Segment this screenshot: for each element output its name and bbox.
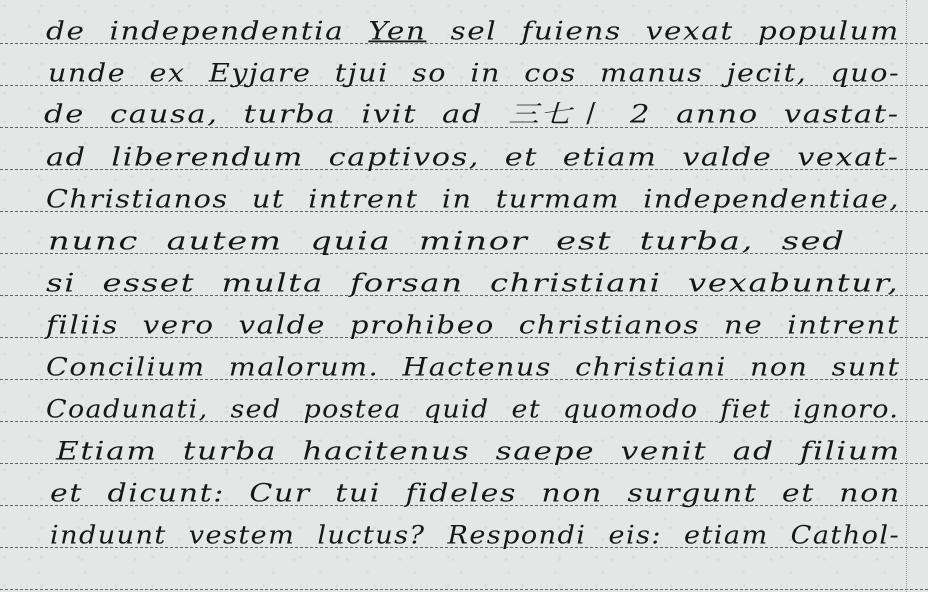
line-text: de independentia Yen sel fuiens vexat po… (46, 17, 900, 46)
line-text-segment: sel fuiens vexat populum (426, 17, 899, 46)
manuscript-line-1: de independentia Yen sel fuiens vexat po… (0, 8, 928, 50)
line-text: de causa, turba ivit ad 三七丨 2 anno vasta… (44, 94, 900, 130)
manuscript-page: de independentia Yen sel fuiens vexat po… (0, 0, 928, 592)
manuscript-line-8: filiis vero valde prohibeo christianos n… (0, 302, 928, 344)
line-text: ad liberendum captivos, et etiam valde v… (46, 143, 900, 172)
manuscript-line-11: Etiam turba hacitenus saepe venit ad fil… (0, 428, 928, 470)
ruled-line (0, 589, 928, 590)
line-text-segment: de independentia (46, 17, 368, 46)
line-text: unde ex Eyjare tjui so in cos manus jeci… (48, 59, 900, 88)
manuscript-line-14-blank (0, 554, 928, 592)
line-text: Concilium malorum. Hactenus christiani n… (46, 353, 900, 382)
manuscript-line-5: Christianos ut intrent in turmam indepen… (0, 176, 928, 218)
line-text: nunc autem quia minor est turba, sed (48, 227, 846, 256)
line-text: induunt vestem luctus? Respondi eis: eti… (50, 521, 900, 550)
manuscript-line-9: Concilium malorum. Hactenus christiani n… (0, 344, 928, 386)
manuscript-line-3: de causa, turba ivit ad 三七丨 2 anno vasta… (0, 92, 928, 134)
manuscript-line-4: ad liberendum captivos, et etiam valde v… (0, 134, 928, 176)
manuscript-line-10: Coadunati, sed postea quid et quomodo fi… (0, 386, 928, 428)
line-text: Christianos ut intrent in turmam indepen… (46, 185, 900, 214)
underlined-word: Yen (368, 17, 426, 46)
manuscript-line-7: si esset multa forsan christiani vexabun… (0, 260, 928, 302)
manuscript-line-12: et dicunt: Cur tui fideles non surgunt e… (0, 470, 928, 512)
line-text: Etiam turba hacitenus saepe venit ad fil… (56, 437, 901, 466)
manuscript-line-13: induunt vestem luctus? Respondi eis: eti… (0, 512, 928, 554)
line-text: et dicunt: Cur tui fideles non surgunt e… (50, 479, 901, 508)
line-text: filiis vero valde prohibeo christianos n… (46, 311, 900, 340)
line-text: Coadunati, sed postea quid et quomodo fi… (46, 395, 899, 424)
manuscript-line-2: unde ex Eyjare tjui so in cos manus jeci… (0, 50, 928, 92)
manuscript-line-6: nunc autem quia minor est turba, sed (0, 218, 928, 260)
line-text: si esset multa forsan christiani vexabun… (46, 269, 899, 298)
